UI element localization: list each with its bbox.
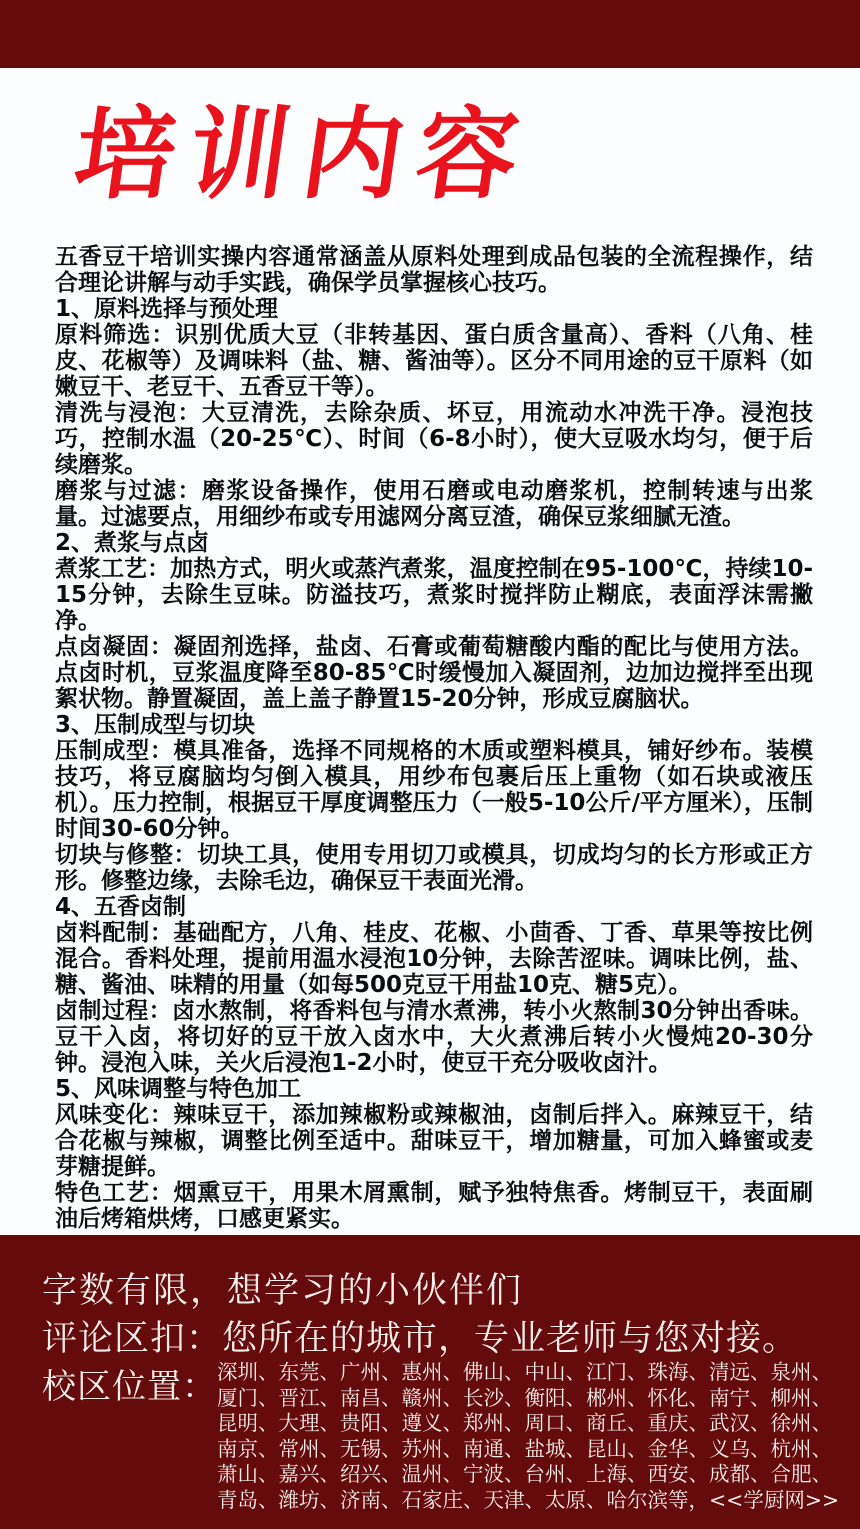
section-1-heading: 1、原料选择与预处理 xyxy=(55,296,813,322)
section-3-paragraph: 压制成型：模具准备，选择不同规格的木质或塑料模具，铺好纱布。装模技巧，将豆腐脑均… xyxy=(55,738,813,842)
page-title: 培训内容 xyxy=(68,102,539,207)
footer-message-line1: 字数有限，想学习的小伙伴们 xyxy=(42,1263,523,1313)
section-4-paragraph: 卤制过程：卤水熬制，将香料包与清水煮沸，转小火熬制30分钟出香味。豆干入卤，将切… xyxy=(55,998,813,1076)
section-2-heading: 2、煮浆与点卤 xyxy=(55,530,813,556)
city-list-line: 深圳、东莞、广州、惠州、佛山、中山、江门、珠海、清远、泉州、 xyxy=(217,1360,837,1386)
section-5-paragraph: 风味变化：辣味豆干，添加辣椒粉或辣椒油，卤制后拌入。麻辣豆干，结合花椒与辣椒，调… xyxy=(55,1102,813,1180)
section-3-heading: 3、压制成型与切块 xyxy=(55,712,813,738)
section-5-paragraph: 特色工艺：烟熏豆干，用果木屑熏制，赋予独特焦香。烤制豆干，表面刷油后烤箱烘烤，口… xyxy=(55,1180,813,1232)
city-list-line: 南京、常州、无锡、苏州、南通、盐城、昆山、金华、义乌、杭州、 xyxy=(217,1437,837,1463)
campus-location-label: 校区位置： xyxy=(42,1359,217,1408)
section-1-paragraph: 原料筛选：识别优质大豆（非转基因、蛋白质含量高）、香料（八角、桂皮、花椒等）及调… xyxy=(55,322,813,400)
training-poster: 培训内容 五香豆干培训实操内容通常涵盖从原料处理到成品包装的全流程操作，结合理论… xyxy=(0,0,860,1529)
section-4-paragraph: 卤料配制：基础配方，八角、桂皮、花椒、小茴香、丁香、草果等按比例混合。香料处理，… xyxy=(55,920,813,998)
section-1-paragraph: 磨浆与过滤：磨浆设备操作，使用石磨或电动磨浆机，控制转速与出浆量。过滤要点，用细… xyxy=(55,478,813,530)
city-list-line: 青岛、潍坊、济南、石家庄、天津、太原、哈尔滨等，<<学厨网>> xyxy=(217,1488,837,1514)
top-border-band xyxy=(0,0,860,68)
intro-paragraph: 五香豆干培训实操内容通常涵盖从原料处理到成品包装的全流程操作，结合理论讲解与动手… xyxy=(55,244,813,296)
footer-banner: 字数有限，想学习的小伙伴们 评论区扣：您所在的城市，专业老师与您对接。 校区位置… xyxy=(0,1235,860,1529)
footer-message-line2: 评论区扣：您所在的城市，专业老师与您对接。 xyxy=(42,1311,798,1361)
section-2-paragraph: 煮浆工艺：加热方式，明火或蒸汽煮浆，温度控制在95-100℃，持续10-15分钟… xyxy=(55,556,813,634)
section-1-paragraph: 清洗与浸泡：大豆清洗，去除杂质、坏豆，用流动水冲洗干净。浸泡技巧，控制水温（20… xyxy=(55,400,813,478)
section-3-paragraph: 切块与修整：切块工具，使用专用切刀或模具，切成均匀的长方形或正方形。修整边缘，去… xyxy=(55,842,813,894)
city-list-line: 昆明、大理、贵阳、遵义、郑州、周口、商丘、重庆、武汉、徐州、 xyxy=(217,1411,837,1437)
section-4-heading: 4、五香卤制 xyxy=(55,894,813,920)
city-list-line: 厦门、晋江、南昌、赣州、长沙、衡阳、郴州、怀化、南宁、柳州、 xyxy=(217,1386,837,1412)
city-list: 深圳、东莞、广州、惠州、佛山、中山、江门、珠海、清远、泉州、 厦门、晋江、南昌、… xyxy=(217,1360,837,1513)
section-2-paragraph: 点卤凝固：凝固剂选择，盐卤、石膏或葡萄糖酸内酯的配比与使用方法。点卤时机，豆浆温… xyxy=(55,634,813,712)
training-content-body: 五香豆干培训实操内容通常涵盖从原料处理到成品包装的全流程操作，结合理论讲解与动手… xyxy=(55,244,813,1236)
city-list-line: 萧山、嘉兴、绍兴、温州、宁波、台州、上海、西安、成都、合肥、 xyxy=(217,1462,837,1488)
section-5-heading: 5、风味调整与特色加工 xyxy=(55,1076,813,1102)
